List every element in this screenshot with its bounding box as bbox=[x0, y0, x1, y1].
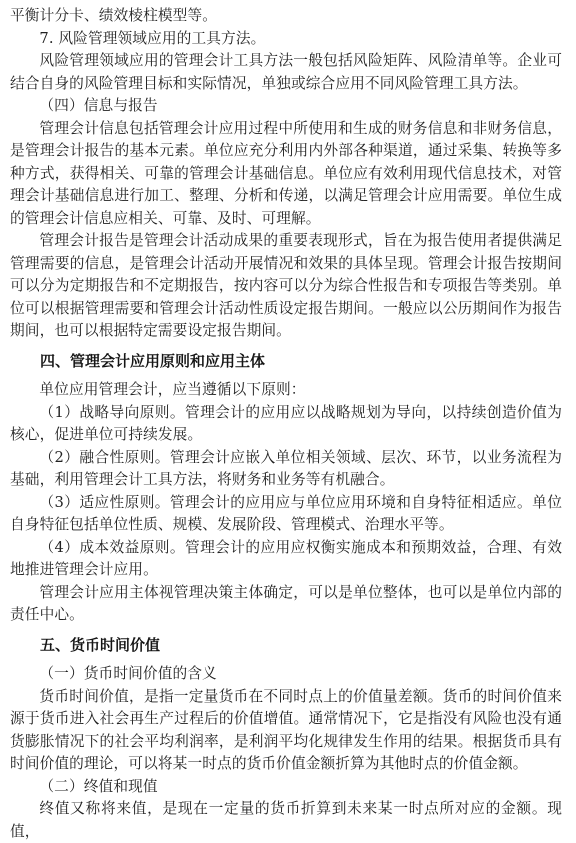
section-heading: 五、货币时间价值 bbox=[10, 634, 562, 657]
paragraph: 7. 风险管理领域应用的工具方法。 bbox=[10, 28, 562, 51]
document-content: 平衡计分卡、绩效棱柱模型等。7. 风险管理领域应用的工具方法。风险管理领域应用的… bbox=[10, 5, 562, 843]
paragraph: 管理会计信息包括管理会计应用过程中所使用和生成的财务信息和非财务信息，是管理会计… bbox=[10, 118, 562, 231]
paragraph: （3）适应性原则。管理会计的应用应与单位应用环境和自身特征相适应。单位自身特征包… bbox=[10, 492, 562, 537]
subsection-heading: （二）终值和现值 bbox=[10, 776, 562, 799]
section-heading: 四、管理会计应用原则和应用主体 bbox=[10, 350, 562, 373]
document-page: 平衡计分卡、绩效棱柱模型等。7. 风险管理领域应用的工具方法。风险管理领域应用的… bbox=[0, 0, 576, 843]
paragraph: （2）融合性原则。管理会计应嵌入单位相关领域、层次、环节，以业务流程为基础，利用… bbox=[10, 447, 562, 492]
paragraph: （1）战略导向原则。管理会计的应用应以战略规划为导向，以持续创造价值为核心，促进… bbox=[10, 402, 562, 447]
paragraph: 管理会计报告是管理会计活动成果的重要表现形式，旨在为报告使用者提供满足管理需要的… bbox=[10, 230, 562, 343]
paragraph: 风险管理领域应用的管理会计工具方法一般包括风险矩阵、风险清单等。企业可结合自身的… bbox=[10, 50, 562, 95]
paragraph-continued: 平衡计分卡、绩效棱柱模型等。 bbox=[10, 5, 562, 28]
paragraph: （4）成本效益原则。管理会计的应用应权衡实施成本和预期效益，合理、有效地推进管理… bbox=[10, 537, 562, 582]
paragraph: 货币时间价值，是指一定量货币在不同时点上的价值量差额。货币的时间价值来源于货币进… bbox=[10, 686, 562, 776]
subsection-heading: （一）货币时间价值的含义 bbox=[10, 663, 562, 686]
paragraph: 单位应用管理会计，应当遵循以下原则： bbox=[10, 379, 562, 402]
paragraph: 终值又称将来值，是现在一定量的货币折算到未来某一时点所对应的金额。现值， bbox=[10, 798, 562, 843]
paragraph: 管理会计应用主体视管理决策主体确定，可以是单位整体，也可以是单位内部的责任中心。 bbox=[10, 582, 562, 627]
subsection-heading: （四）信息与报告 bbox=[10, 95, 562, 118]
